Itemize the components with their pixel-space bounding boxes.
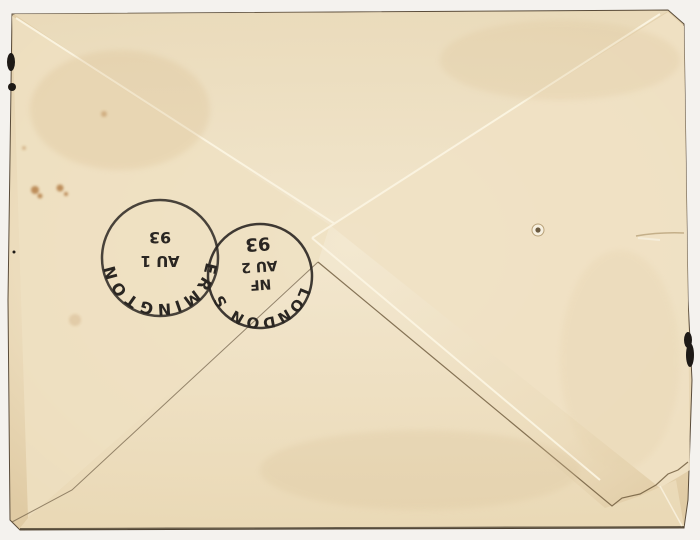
departure-postmark-date: AU 1 (141, 252, 180, 270)
puncture-hole (532, 224, 544, 236)
envelope-photo: ERMINGTON AU 1 93 LONDON S NF AU 2 93 (0, 0, 700, 540)
envelope-back: ERMINGTON AU 1 93 LONDON S NF AU 2 93 (0, 0, 700, 540)
departure-postmark-year: 93 (149, 228, 171, 247)
transit-postmark-date: AU 2 (241, 257, 278, 275)
transit-postmark-year: 93 (244, 232, 270, 255)
transit-postmark-code: NF (249, 275, 271, 292)
